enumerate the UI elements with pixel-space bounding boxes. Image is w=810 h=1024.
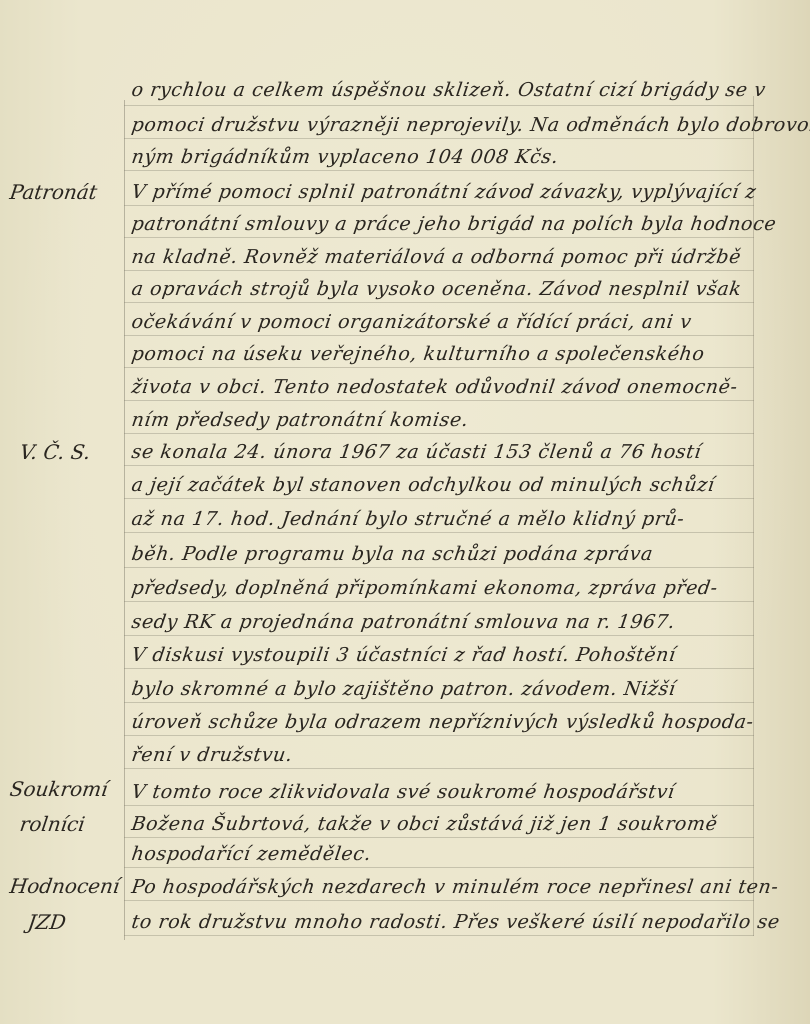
margin-heading-hodnoceni: Hodnocení — [8, 874, 121, 898]
ruled-line — [124, 335, 754, 336]
ruled-line — [124, 867, 754, 868]
ruled-line — [124, 237, 754, 238]
text-line: V tomto roce zlikvidovala své soukromé h… — [130, 780, 763, 804]
text-line: ření v družstvu. — [130, 743, 763, 767]
text-line: V diskusi vystoupili 3 účastníci z řad h… — [130, 643, 763, 667]
ruled-line — [124, 601, 754, 602]
margin-heading-jzd: JZD — [26, 910, 139, 934]
margin-heading-soukromi: Soukromí — [8, 777, 121, 801]
ruled-line — [124, 900, 754, 901]
text-line: sedy RK a projednána patronátní smlouva … — [130, 610, 763, 634]
margin-heading-patronat: Patronát — [8, 180, 121, 204]
text-line: pomoci družstvu výrazněji neprojevily. N… — [130, 113, 763, 137]
ruled-line — [124, 532, 754, 533]
ruled-line — [124, 805, 754, 806]
ruled-line — [124, 935, 754, 936]
text-line: a opravách strojů byla vysoko oceněna. Z… — [130, 277, 763, 301]
ruled-line — [124, 702, 754, 703]
ruled-line — [124, 635, 754, 636]
text-line: předsedy, doplněná připomínkami ekonoma,… — [130, 576, 763, 600]
ruled-line — [124, 170, 754, 171]
text-line: a její začátek byl stanoven odchylkou od… — [130, 473, 763, 497]
ruled-line — [124, 498, 754, 499]
text-line: očekávání v pomoci organizátorské a řídí… — [130, 310, 763, 334]
text-line: ným brigádníkům vyplaceno 104 008 Kčs. — [130, 145, 763, 169]
ruled-line — [124, 400, 754, 401]
text-line: pomoci na úseku veřejného, kulturního a … — [130, 342, 763, 366]
ruled-line — [124, 768, 754, 769]
text-line: patronátní smlouvy a práce jeho brigád n… — [130, 212, 763, 236]
text-line: bylo skromné a bylo zajištěno patron. zá… — [130, 677, 763, 701]
margin-heading-rolnici: rolníci — [18, 812, 131, 836]
ruled-line — [124, 433, 754, 434]
ruled-line — [124, 837, 754, 838]
text-line: života v obci. Tento nedostatek odůvodni… — [130, 375, 763, 399]
text-line: to rok družstvu mnoho radosti. Přes vešk… — [130, 910, 763, 934]
text-line: V přímé pomoci splnil patronátní závod z… — [130, 180, 763, 204]
ruled-line — [124, 270, 754, 271]
text-line: úroveň schůze byla odrazem nepříznivých … — [130, 710, 763, 734]
ruled-line — [124, 465, 754, 466]
text-line: Božena Šubrtová, takže v obci zůstává ji… — [130, 812, 763, 836]
text-line: se konala 24. února 1967 za účasti 153 č… — [130, 440, 763, 464]
text-line: o rychlou a celkem úspěšnou sklizeň. Ost… — [130, 78, 763, 102]
text-line: na kladně. Rovněž materiálová a odborná … — [130, 245, 763, 269]
ruled-line — [124, 367, 754, 368]
text-line: až na 17. hod. Jednání bylo stručné a mě… — [130, 507, 763, 531]
text-line: hospodařící zemědělec. — [130, 842, 763, 866]
ruled-line — [124, 138, 754, 139]
text-line: běh. Podle programu byla na schůzi podán… — [130, 542, 763, 566]
ruled-line — [124, 735, 754, 736]
ruled-line — [124, 205, 754, 206]
ruled-line — [124, 567, 754, 568]
margin-heading-vcs: V. Č. S. — [18, 440, 131, 464]
ruled-line — [124, 302, 754, 303]
ruled-line — [124, 668, 754, 669]
ruled-line — [124, 105, 754, 106]
ledger-page: Patronát V. Č. S. Soukromí rolníci Hodno… — [0, 0, 810, 1024]
text-line: ním předsedy patronátní komise. — [130, 408, 763, 432]
text-line: Po hospodářských nezdarech v minulém roc… — [130, 875, 763, 899]
